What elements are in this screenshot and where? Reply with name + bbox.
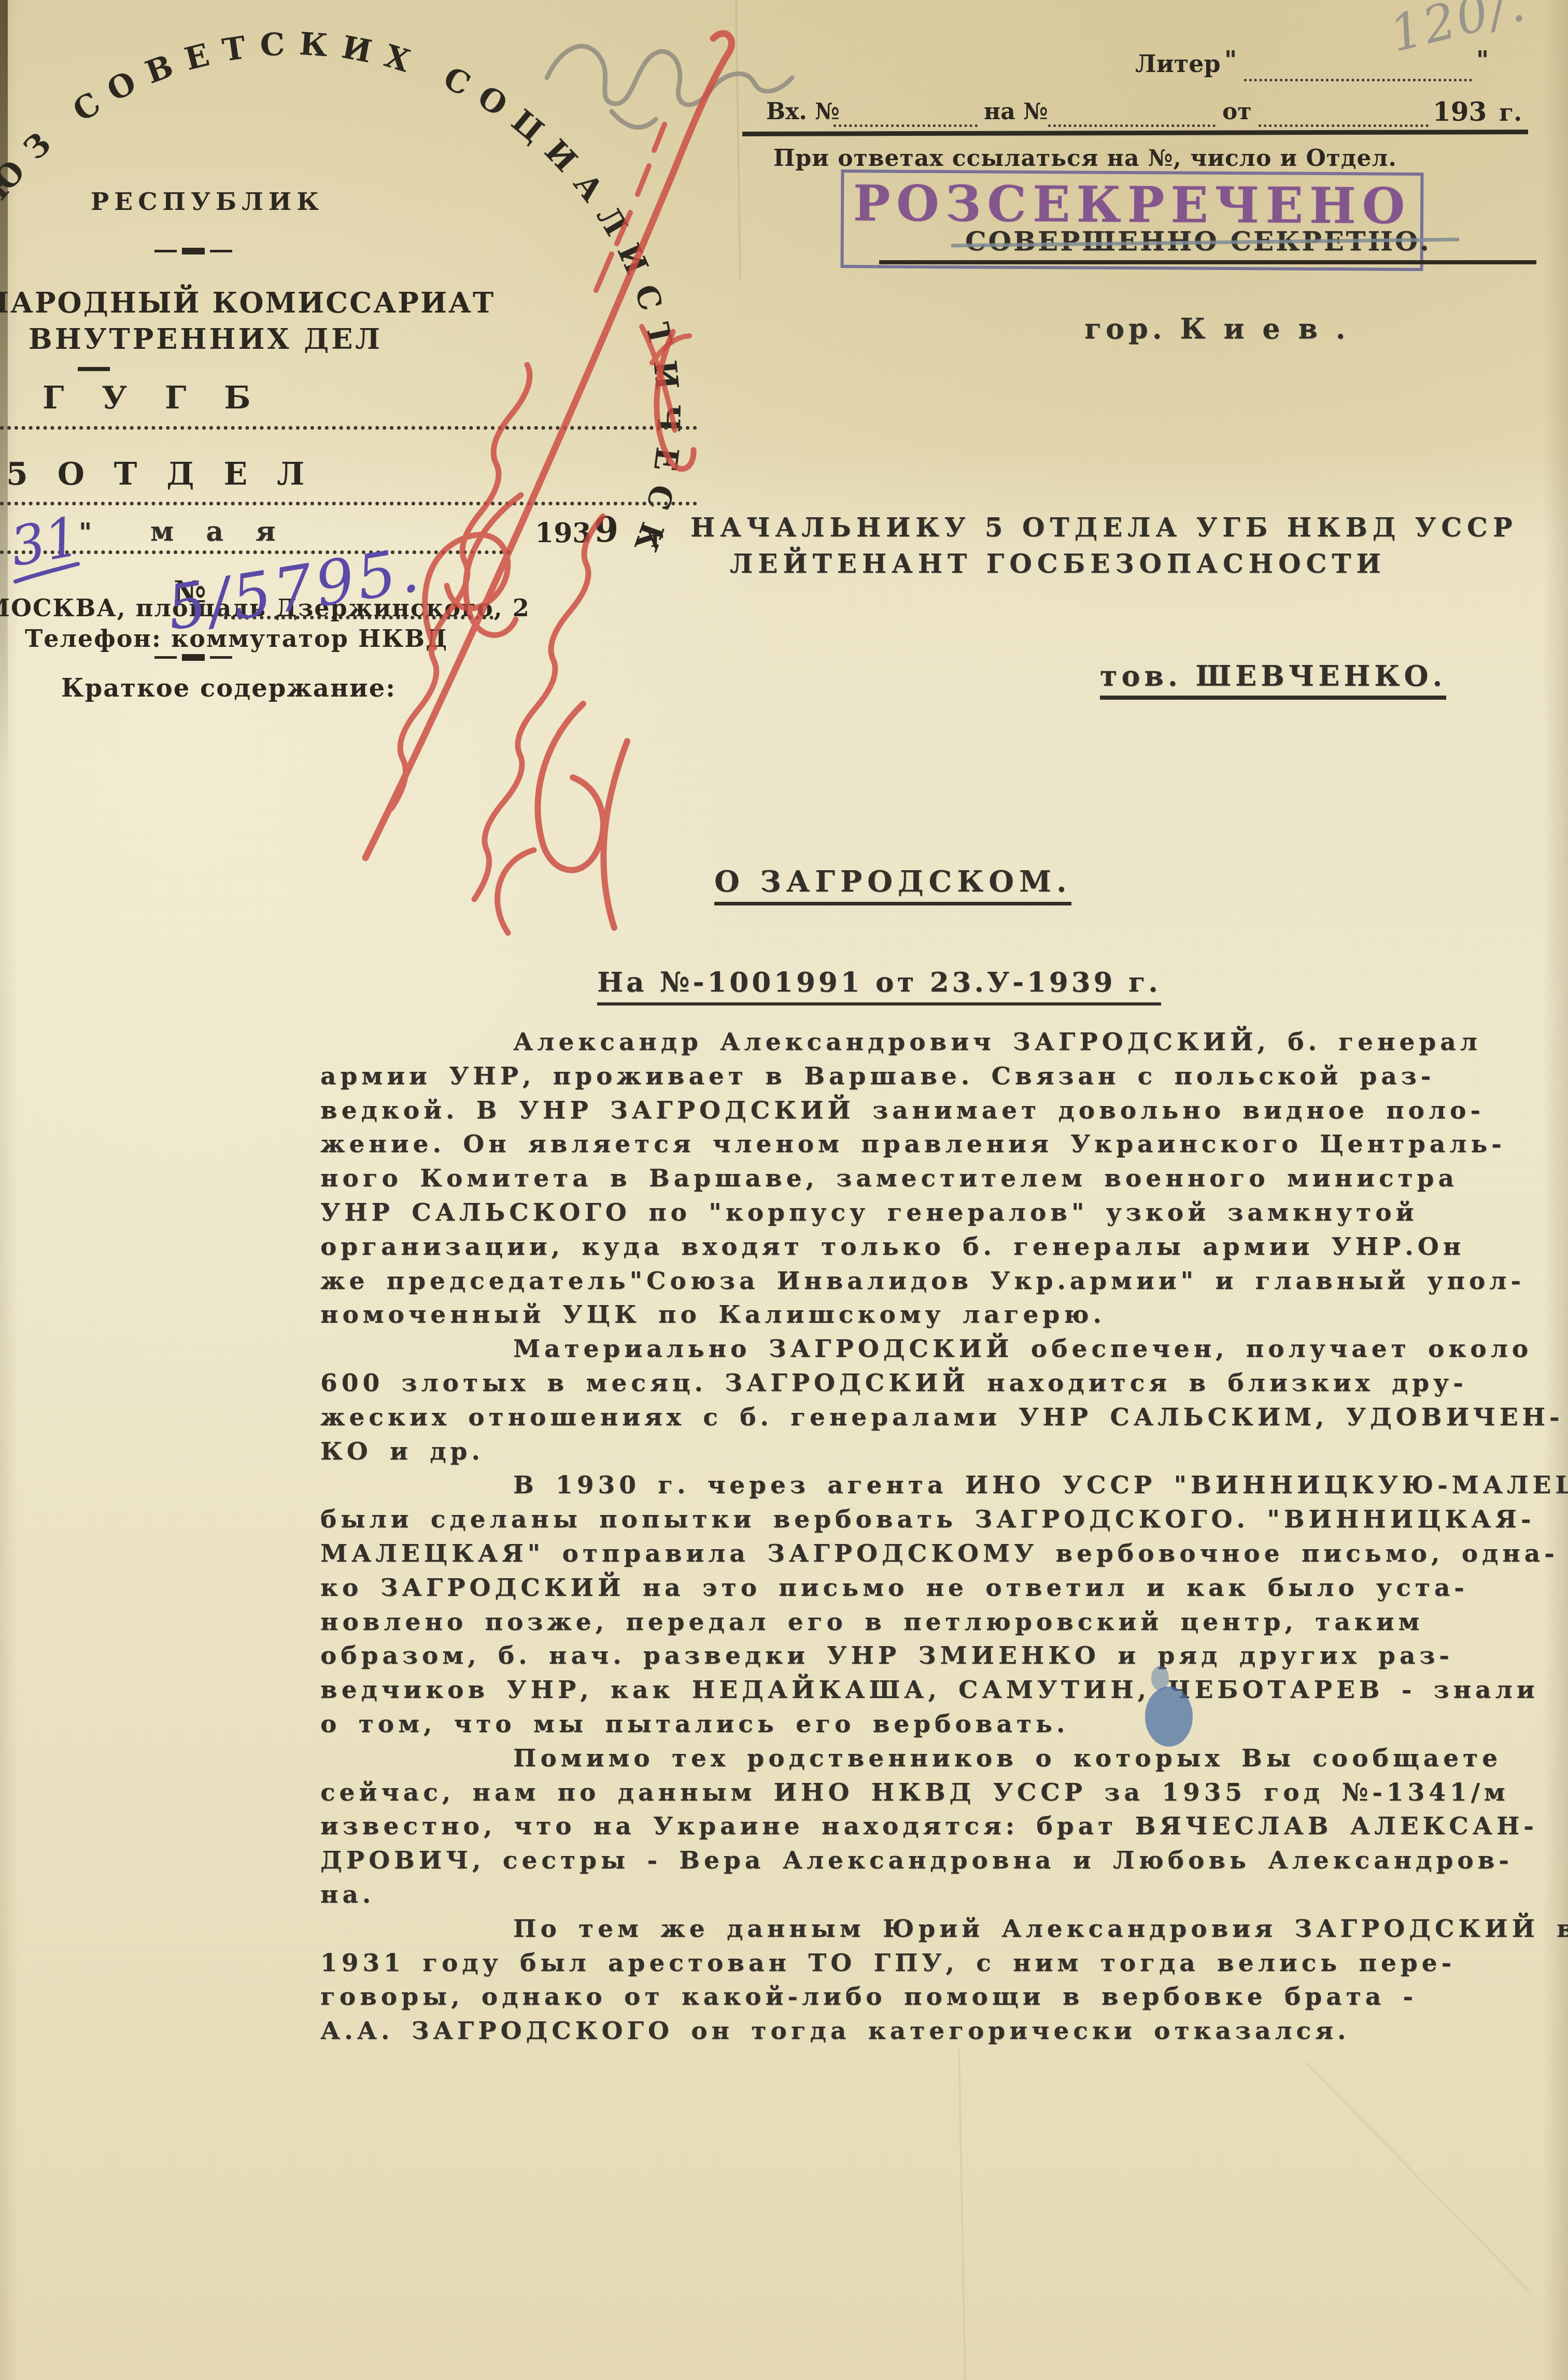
- red-pencil-annotation: [365, 34, 731, 933]
- pencil-page-number: 120/.: [1384, 0, 1532, 63]
- ink-blot: [1145, 1666, 1193, 1747]
- secrecy-strikethrough: [951, 239, 1459, 246]
- red-check-mark: [642, 327, 689, 430]
- handwritten-day: 31: [6, 504, 84, 578]
- document-page: СОЮЗ СОВЕТСКИХ СОЦИАЛИСТИЧЕСКИХ РЕСПУБЛИ…: [0, 0, 1568, 2380]
- paper-crease: [736, 0, 740, 280]
- handwritten-number: 5/5795.: [162, 533, 427, 644]
- paper-crease: [1306, 2063, 1529, 2291]
- annotations-overlay: 120/. 31 5/5795.: [0, 0, 1568, 2380]
- paper-crease: [959, 2047, 965, 2380]
- pen-handwriting: 31 5/5795.: [6, 504, 427, 644]
- pencil-scribble: [547, 46, 792, 127]
